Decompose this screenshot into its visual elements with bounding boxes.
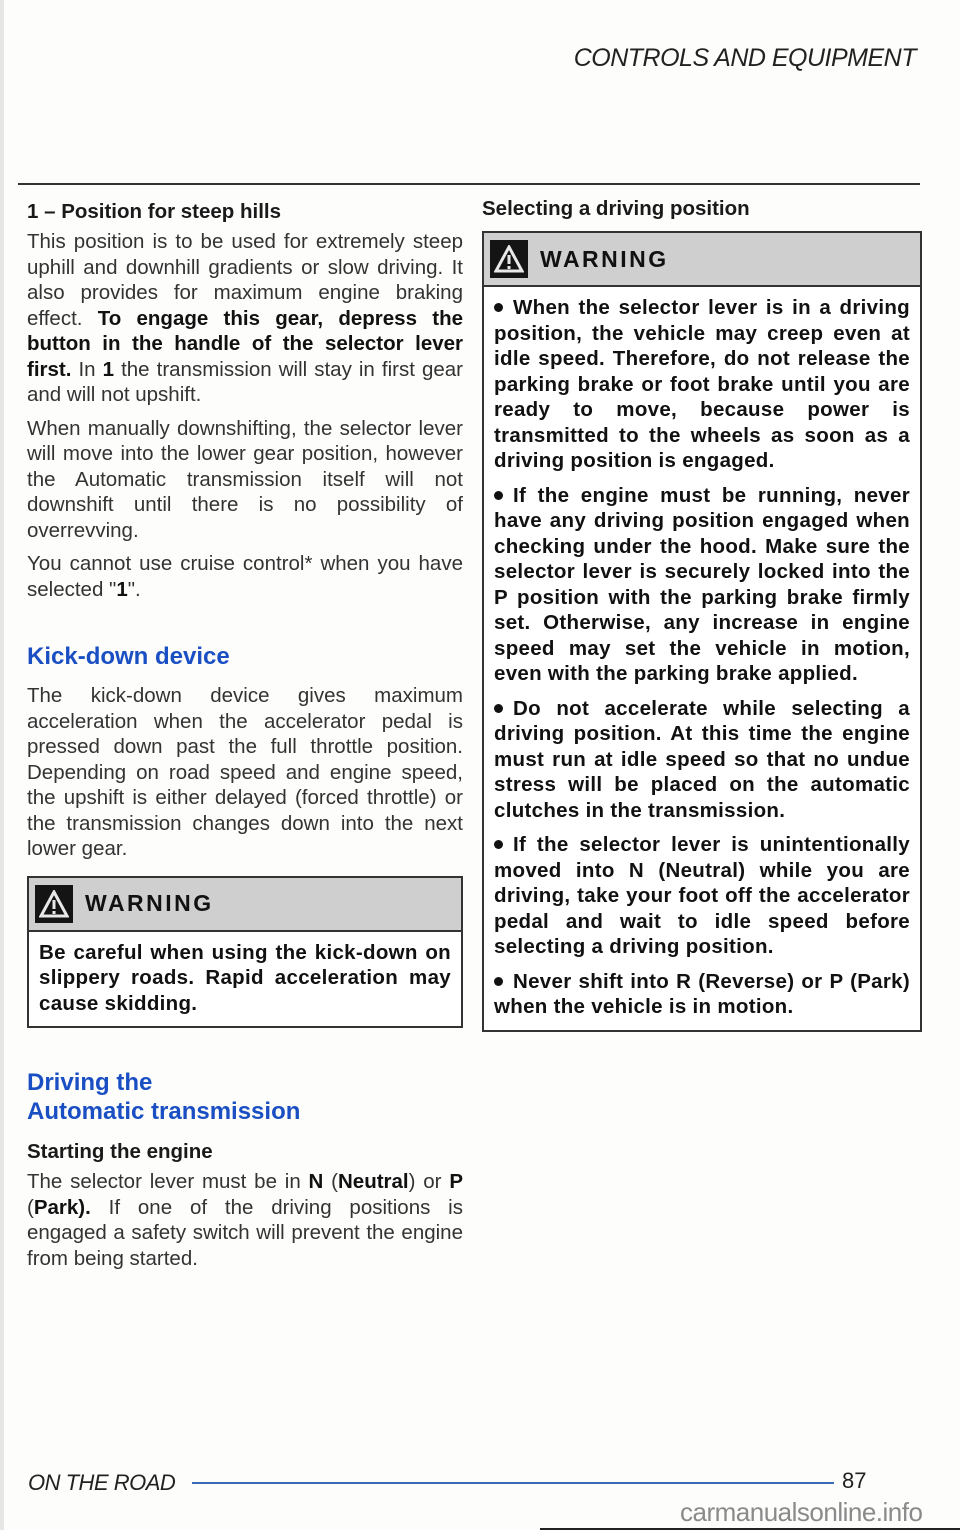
warning-bullet: If the selector lever is unintentionally… bbox=[494, 832, 910, 960]
footer-rule bbox=[192, 1482, 834, 1484]
kickdown-paragraph: The kick-down device gives maximum accel… bbox=[27, 683, 463, 862]
warning-bullet: If the engine must be running, never hav… bbox=[494, 483, 910, 687]
kickdown-warning-box: WARNING Be careful when using the kick-d… bbox=[27, 876, 463, 1029]
warning-text: Be careful when using the kick-down on s… bbox=[39, 940, 451, 1017]
bullet-icon bbox=[494, 840, 503, 849]
left-column: 1 – Position for steep hills This positi… bbox=[27, 200, 463, 1271]
starting-engine-title: Starting the engine bbox=[27, 1140, 463, 1164]
page-number: 87 bbox=[842, 1468, 866, 1494]
steep-hills-paragraph: This position is to be used for extremel… bbox=[27, 229, 463, 408]
header-rule bbox=[18, 183, 920, 185]
warning-title: WARNING bbox=[540, 246, 669, 273]
warning-bullet: Never shift into R (Reverse) or P (Park)… bbox=[494, 969, 910, 1020]
warning-header: WARNING bbox=[29, 878, 461, 932]
running-head: CONTROLS AND EQUIPMENT bbox=[574, 44, 916, 73]
cruise-control-paragraph: You cannot use cruise control* when you … bbox=[27, 551, 463, 602]
bullet-icon bbox=[494, 303, 503, 312]
steep-hills-title: 1 – Position for steep hills bbox=[27, 200, 463, 224]
page-edge bbox=[0, 0, 4, 1530]
right-column: Selecting a driving position WARNING Whe… bbox=[482, 197, 922, 1032]
watermark: carmanualsonline.info bbox=[680, 1497, 922, 1528]
warning-title: WARNING bbox=[85, 890, 214, 917]
downshift-paragraph: When manually downshifting, the selector… bbox=[27, 416, 463, 544]
footer-section-label: ON THE ROAD bbox=[28, 1470, 175, 1496]
bullet-icon bbox=[494, 491, 503, 500]
warning-bullet: When the selector lever is in a driving … bbox=[494, 295, 910, 474]
selecting-warning-box: WARNING When the selector lever is in a … bbox=[482, 231, 922, 1032]
bullet-icon bbox=[494, 704, 503, 713]
warning-triangle-icon bbox=[35, 885, 73, 923]
driving-heading: Driving theAutomatic transmission bbox=[27, 1068, 463, 1126]
starting-engine-paragraph: The selector lever must be in N (Neutral… bbox=[27, 1169, 463, 1271]
selecting-position-title: Selecting a driving position bbox=[482, 197, 922, 221]
warning-header: WARNING bbox=[484, 233, 920, 287]
warning-bullet: Do not accelerate while selecting a driv… bbox=[494, 696, 910, 824]
bullet-icon bbox=[494, 977, 503, 986]
warning-triangle-icon bbox=[490, 240, 528, 278]
kickdown-heading: Kick-down device bbox=[27, 642, 463, 671]
